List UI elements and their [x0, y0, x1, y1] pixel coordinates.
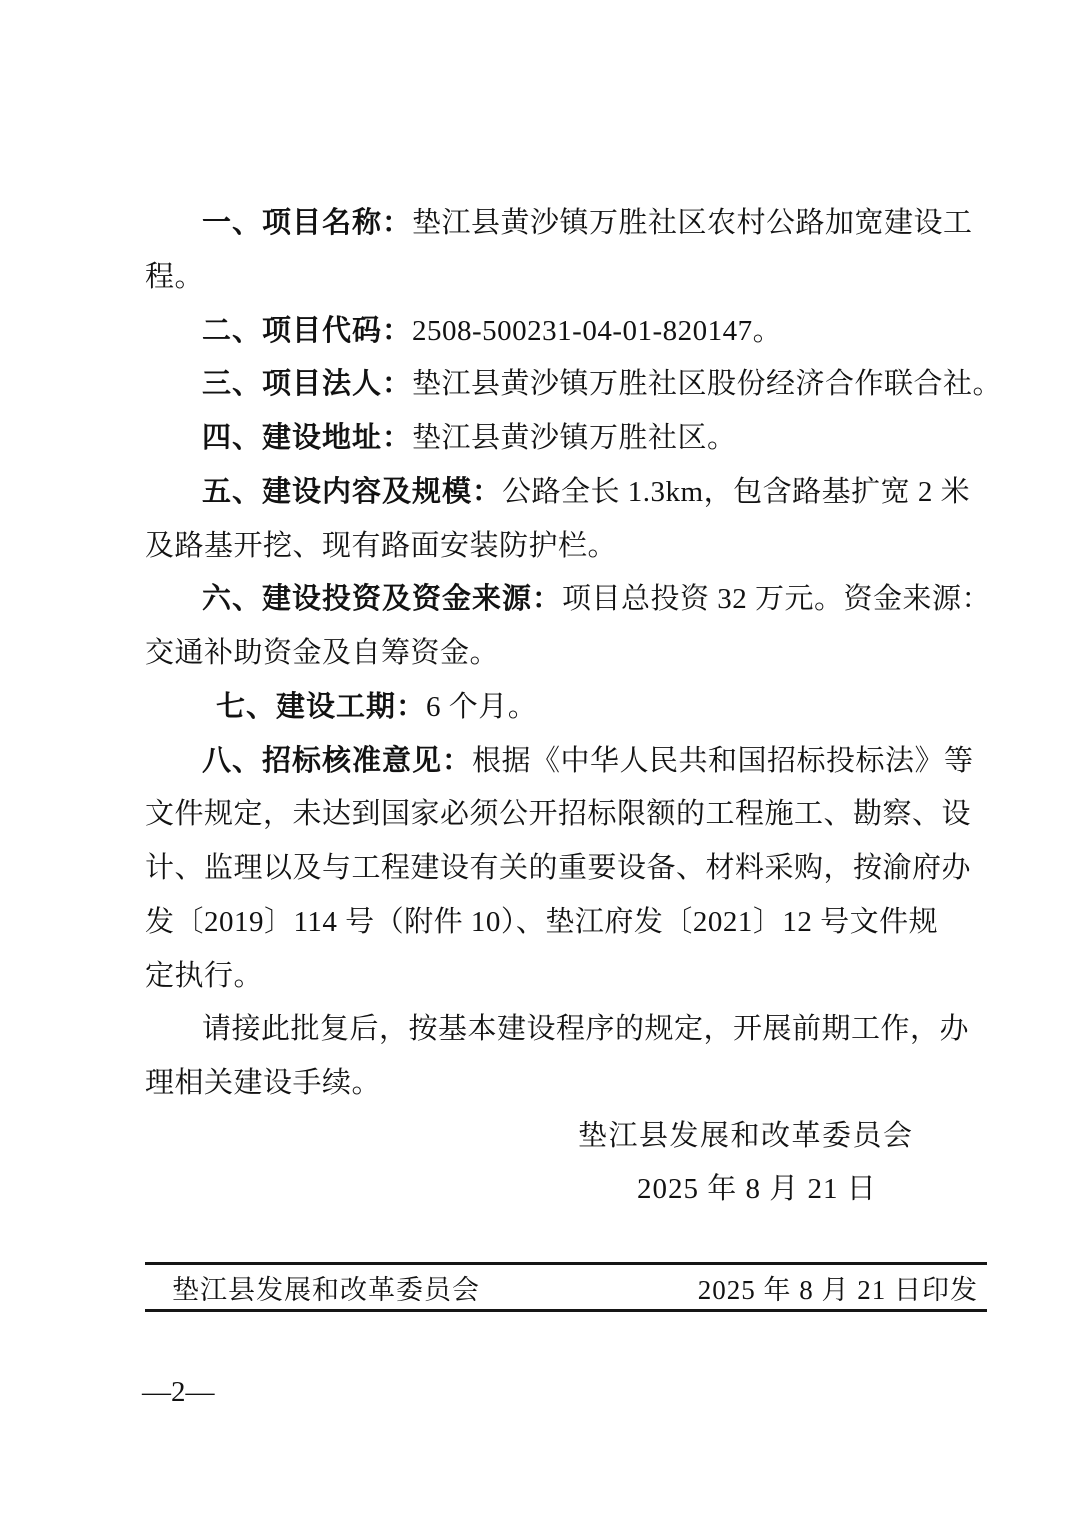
body-text-segment: 发〔2019〕114 号（附件 10）、垫江府发〔2021〕12 号文件规: [145, 906, 938, 938]
footer-issuer: 垫江县发展和改革委员会: [172, 1268, 480, 1307]
section-heading-segment: 七、建设工期：: [216, 691, 426, 723]
section-heading-segment: 四、建设地址：: [202, 422, 412, 454]
body-line: 六、建设投资及资金来源：项目总投资 32 万元。资金来源：: [145, 573, 960, 627]
body-line: 及路基开挖、现有路面安装防护栏。: [145, 520, 960, 574]
body-text-segment: 程。: [145, 261, 204, 293]
body-line: 理相关建设手续。: [145, 1057, 960, 1111]
section-heading-segment: 一、项目名称：: [202, 207, 412, 239]
document-footer: 垫江县发展和改革委员会 2025 年 8 月 21 日印发: [145, 1262, 987, 1312]
section-heading-segment: 三、项目法人：: [202, 368, 412, 400]
body-text-segment: 垫江县黄沙镇万胜社区农村公路加宽建设工: [412, 207, 973, 239]
section-heading-segment: 五、建设内容及规模：: [202, 476, 502, 508]
body-text-segment: 及路基开挖、现有路面安装防护栏。: [145, 530, 617, 562]
body-text-segment: 垫江县黄沙镇万胜社区。: [412, 422, 737, 454]
document-page: 一、项目名称：垫江县黄沙镇万胜社区农村公路加宽建设工程。二、项目代码：2508-…: [0, 0, 1074, 1520]
signature-organization: 垫江县发展和改革委员会: [578, 1110, 914, 1163]
footer-print-date: 2025 年 8 月 21 日印发: [698, 1268, 978, 1307]
body-line: 一、项目名称：垫江县黄沙镇万胜社区农村公路加宽建设工: [145, 197, 960, 251]
body-text-segment: 计、监理以及与工程建设有关的重要设备、材料采购，按渝府办: [145, 852, 971, 884]
document-body: 一、项目名称：垫江县黄沙镇万胜社区农村公路加宽建设工程。二、项目代码：2508-…: [145, 197, 960, 1111]
section-heading-segment: 六、建设投资及资金来源：: [202, 583, 562, 615]
body-text-segment: 交通补助资金及自筹资金。: [145, 637, 499, 669]
body-text-segment: 根据《中华人民共和国招标投标法》等: [472, 745, 974, 777]
body-line: 三、项目法人：垫江县黄沙镇万胜社区股份经济合作联合社。: [145, 358, 960, 412]
section-heading-segment: 二、项目代码：: [202, 315, 412, 347]
body-text-segment: 垫江县黄沙镇万胜社区股份经济合作联合社。: [412, 368, 1002, 400]
body-line: 四、建设地址：垫江县黄沙镇万胜社区。: [145, 412, 960, 466]
section-heading-segment: 八、招标核准意见：: [202, 745, 472, 777]
body-line: 请接此批复后，按基本建设程序的规定，开展前期工作，办: [145, 1003, 960, 1057]
body-text-segment: 理相关建设手续。: [145, 1067, 381, 1099]
page-number: —2—: [142, 1372, 215, 1412]
body-line: 计、监理以及与工程建设有关的重要设备、材料采购，按渝府办: [145, 842, 960, 896]
body-line: 二、项目代码：2508-500231-04-01-820147。: [145, 305, 960, 359]
body-line: 定执行。: [145, 950, 960, 1004]
footer-row: 垫江县发展和改革委员会 2025 年 8 月 21 日印发: [145, 1265, 987, 1309]
body-text-segment: 请接此批复后，按基本建设程序的规定，开展前期工作，办: [202, 1013, 969, 1045]
body-text-segment: 2508-500231-04-01-820147。: [412, 315, 782, 347]
body-line: 七、建设工期：6 个月。: [145, 681, 960, 735]
body-line: 五、建设内容及规模：公路全长 1.3km，包含路基扩宽 2 米: [145, 466, 960, 520]
body-line: 交通补助资金及自筹资金。: [145, 627, 960, 681]
body-line: 发〔2019〕114 号（附件 10）、垫江府发〔2021〕12 号文件规: [145, 896, 960, 950]
footer-bottom-rule: [145, 1309, 987, 1312]
body-line: 八、招标核准意见：根据《中华人民共和国招标投标法》等: [145, 735, 960, 789]
body-line: 文件规定，未达到国家必须公开招标限额的工程施工、勘察、设: [145, 788, 960, 842]
body-text-segment: 项目总投资 32 万元。资金来源：: [562, 583, 991, 615]
body-text-segment: 定执行。: [145, 960, 263, 992]
body-text-segment: 文件规定，未达到国家必须公开招标限额的工程施工、勘察、设: [145, 798, 971, 830]
body-text-segment: 6 个月。: [426, 691, 537, 723]
signature-date: 2025 年 8 月 21 日: [637, 1163, 877, 1216]
body-text-segment: 公路全长 1.3km，包含路基扩宽 2 米: [502, 476, 970, 508]
body-line: 程。: [145, 251, 960, 305]
